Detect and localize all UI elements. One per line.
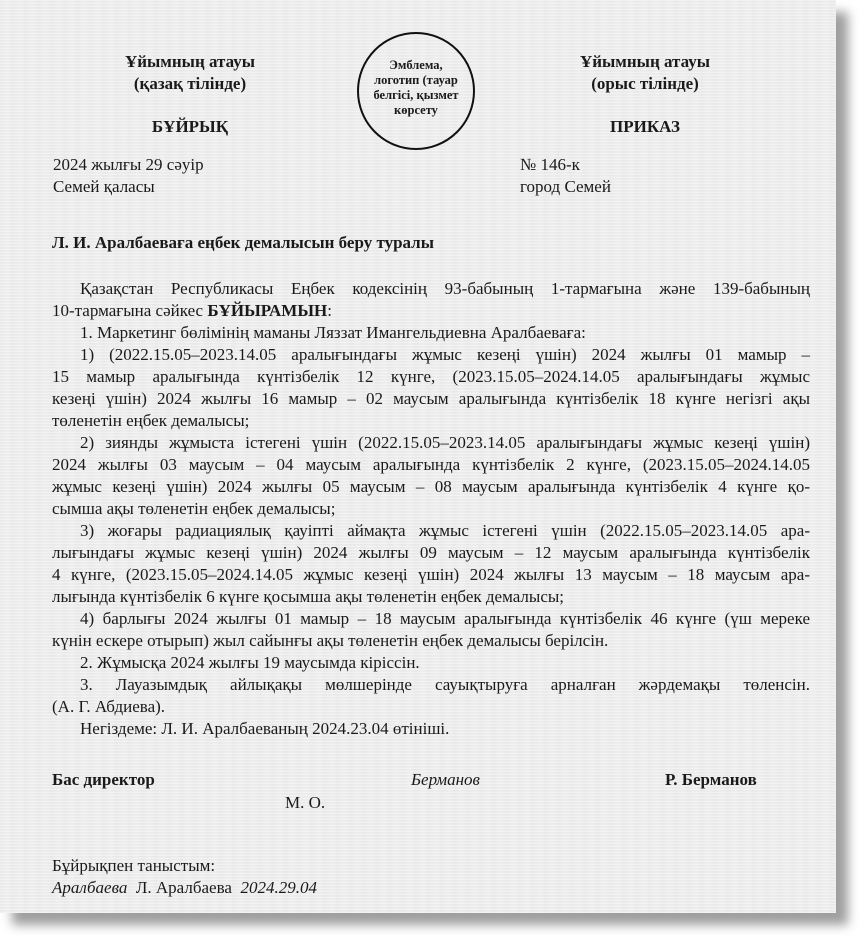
preamble-line1: Қазақстан Республикасы Еңбек кодексінің … <box>52 278 810 300</box>
basis: Негіздеме: Л. И. Аралбаеваның 2024.23.04… <box>52 718 810 740</box>
preamble-colon: : <box>327 301 332 320</box>
order-verb: БҰЙЫРАМЫН <box>207 301 327 320</box>
order-place-russian: город Семей <box>520 176 611 198</box>
sub1-line: 1) (2022.15.05–2023.14.05 аралығындағы ж… <box>52 344 810 366</box>
order-place-kazakh: Семей қаласы <box>53 176 155 198</box>
acknowledgement-date: 2024.29.04 <box>240 878 317 897</box>
org-name-kazakh: Ұйымның атауы (қазақ тілінде) <box>90 51 290 95</box>
emblem-placeholder: Эмблема, логотип (тауар белгісі, қызмет … <box>357 32 475 150</box>
acknowledgement-label: Бұйрықпен таныстым: <box>52 855 215 877</box>
signatory-position: Бас директор <box>52 769 155 791</box>
item3-line: (А. Г. Абдиева). <box>52 696 810 718</box>
sub1-line: кезеңі үшін) 2024 жылғы 16 мамыр – 02 ма… <box>52 388 810 410</box>
sub2-line: жұмыс кезеңі үшін) 2024 жылғы 05 маусым … <box>52 476 810 498</box>
doc-type-kazakh: БҰЙРЫҚ <box>90 116 290 138</box>
item2: 2. Жұмысқа 2024 жылғы 19 маусымда кірісс… <box>52 652 810 674</box>
org-name-russian: Ұйымның атауы (орыс тілінде) <box>545 51 745 95</box>
handwritten-signature: Берманов <box>411 769 480 791</box>
org-name-russian-line2: (орыс тілінде) <box>545 73 745 95</box>
sub3-line: лығында күнтізбелік 6 күнге қосымша ақы … <box>52 586 810 608</box>
sub1-line: төленетін еңбек демалысы; <box>52 410 810 432</box>
org-name-russian-line1: Ұйымның атауы <box>545 51 745 73</box>
sub2-line: сымша ақы төленетін еңбек демалысы; <box>52 498 810 520</box>
sub3-line: 4 күнге, (2023.15.05–2024.14.05 жұмыс ке… <box>52 564 810 586</box>
sub4-line: күнін ескере отырып) жыл сайынғы ақы төл… <box>52 630 810 652</box>
seal-placeholder: М. О. <box>285 792 325 814</box>
emblem-text: Эмблема, логотип (тауар белгісі, қызмет … <box>373 58 458 118</box>
order-title: Л. И. Аралбаеваға еңбек демалысын беру т… <box>52 232 434 254</box>
item1-intro: 1. Маркетинг бөлімінің маманы Ляззат Има… <box>52 322 810 344</box>
signatory-name: Р. Берманов <box>665 769 757 791</box>
sub3-line: 3) жоғары радиациялық қауіпті аймақта жұ… <box>52 520 810 542</box>
sub2-line: 2) зиянды жұмыста істегені үшін (2022.15… <box>52 432 810 454</box>
item3-line: 3. Лауазымдық айлықақы мөлшерінде сауықт… <box>52 674 810 696</box>
org-name-kazakh-line2: (қазақ тілінде) <box>90 73 290 95</box>
org-name-kazakh-line1: Ұйымның атауы <box>90 51 290 73</box>
sub1-line: 15 мамыр аралығында күнтізбелік 12 күнге… <box>52 366 810 388</box>
acknowledgement-signature-row: Аралбаева Л. Аралбаева 2024.29.04 <box>52 877 317 899</box>
acknowledgement-handwritten: Аралбаева <box>52 878 127 897</box>
preamble-text: 10-тармағына сәйкес <box>52 301 207 320</box>
doc-type-russian: ПРИКАЗ <box>545 116 745 138</box>
order-body: Қазақстан Республикасы Еңбек кодексінің … <box>52 278 810 740</box>
order-date: 2024 жылғы 29 сәуір <box>53 154 204 176</box>
sub3-line: лығындағы жұмыс кезеңі үшін) 2024 жылғы … <box>52 542 810 564</box>
order-number: № 146-к <box>520 154 580 176</box>
sub2-line: 2024 жылғы 03 маусым – 04 маусым аралығы… <box>52 454 810 476</box>
preamble-line2: 10-тармағына сәйкес БҰЙЫРАМЫН: <box>52 300 810 322</box>
acknowledgement-name: Л. Аралбаева <box>136 878 232 897</box>
document-page: Ұйымның атауы (қазақ тілінде) БҰЙРЫҚ 202… <box>0 0 836 913</box>
sub4-line: 4) барлығы 2024 жылғы 01 мамыр – 18 маус… <box>52 608 810 630</box>
